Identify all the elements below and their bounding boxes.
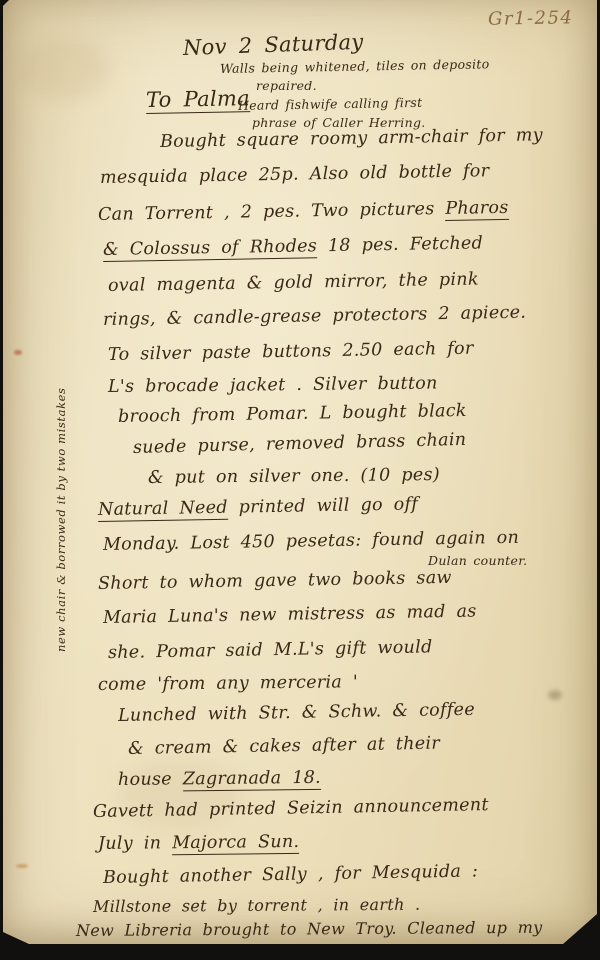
archive-number: Gr1-254 <box>488 7 574 29</box>
diary-line: L's brocade jacket . Silver button <box>108 374 438 398</box>
underlined-text: & Colossus of Rhodes <box>103 236 317 262</box>
diary-line: Millstone set by torrent , in earth . <box>93 896 421 917</box>
diary-line: come 'from any merceria ' <box>98 672 358 695</box>
line-text: July in <box>98 833 172 854</box>
underlined-text: Zagranada 18. <box>183 768 321 791</box>
line-text: New Libreria brought to New Troy. Cleane… <box>76 918 543 940</box>
interline-insert: repaired. <box>256 79 317 93</box>
diary-line: & put on silver one. (10 pes) <box>148 465 440 488</box>
line-text: L's brocade jacket . Silver button <box>108 374 438 397</box>
line-text: printed will go off <box>228 494 419 517</box>
diary-line: July in Majorca Sun. <box>98 832 300 854</box>
line-text: 18 pes. Fetched <box>317 233 483 256</box>
underlined-text: To Palma <box>146 86 250 114</box>
line-text: house <box>118 769 183 790</box>
diary-line: house Zagranada 18. <box>118 768 321 790</box>
line-text: Millstone set by torrent , in earth . <box>93 895 421 916</box>
margin-note: new chair & borrowed it by two mistakes <box>54 322 68 652</box>
interline-insert: Dulan counter. <box>428 554 527 568</box>
underlined-text: Majorca Sun. <box>172 832 299 855</box>
place-heading: To Palma <box>146 86 250 112</box>
diary-line: New Libreria brought to New Troy. Cleane… <box>76 919 543 941</box>
line-text: come 'from any merceria ' <box>98 672 358 695</box>
underlined-text: Natural Need <box>98 498 228 522</box>
line-text: & put on silver one. (10 pes) <box>148 465 440 488</box>
underlined-text: Pharos <box>445 198 509 221</box>
